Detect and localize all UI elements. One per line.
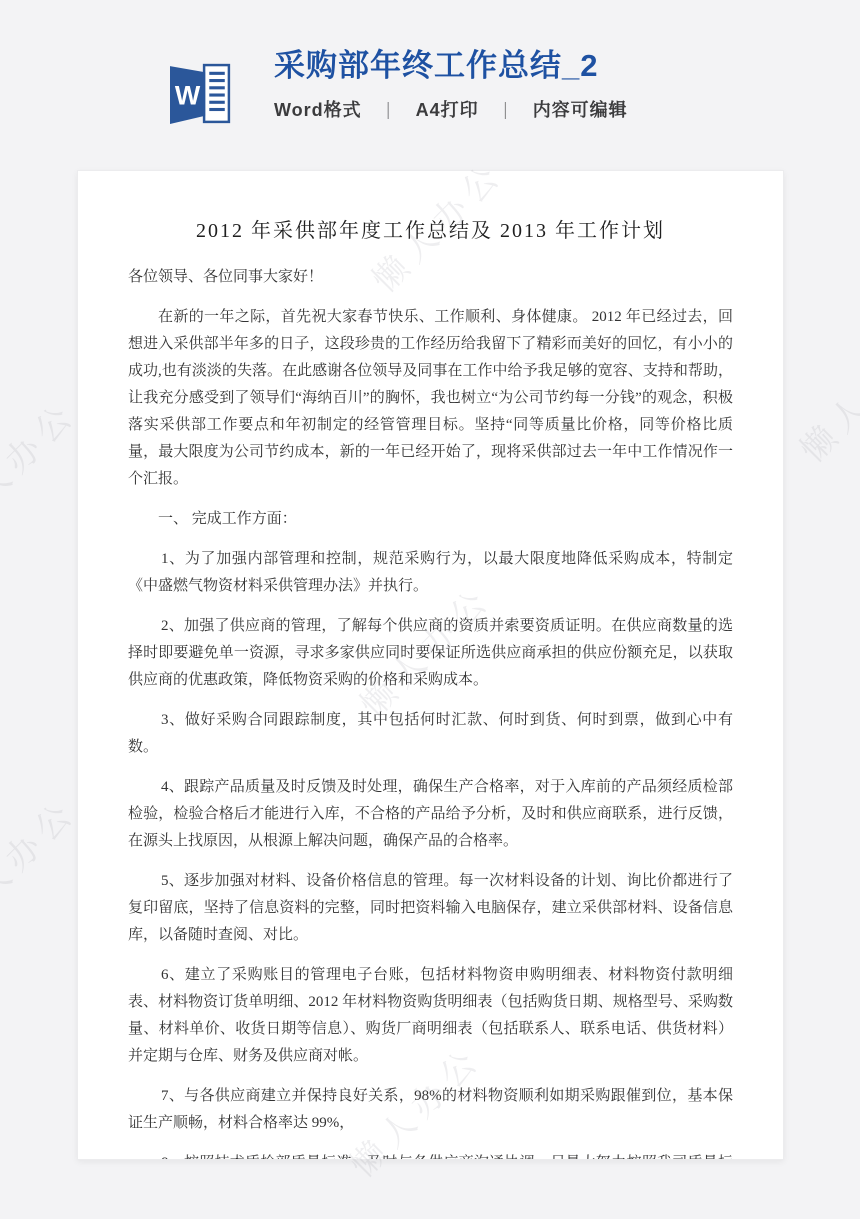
- badge-word-format: Word格式: [274, 96, 362, 122]
- word-file-icon: W: [170, 56, 232, 132]
- document-intro-paragraph: 在新的一年之际，首先祝大家春节快乐、工作顺利、身体健康。 2012 年已经过去，…: [128, 304, 733, 493]
- watermark-text: 懒人办公: [0, 786, 86, 939]
- document-item-6: 6、建立了采购账目的管理电子台账，包括材料物资申购明细表、材料物资付款明细表、材…: [128, 962, 733, 1070]
- badge-editable: 内容可编辑: [533, 96, 628, 122]
- badge-a4-print: A4打印: [416, 96, 479, 122]
- document-item-7: 7、与各供应商建立并保持良好关系，98%的材料物资顺利如期采购跟催到位，基本保证…: [128, 1083, 733, 1137]
- document-item-1: 1、为了加强内部管理和控制，规范采购行为，以最大限度地降低采购成本，特制定《中盛…: [128, 546, 733, 600]
- watermark-text: 懒人办公: [787, 318, 860, 471]
- badge-separator: ｜: [380, 97, 398, 122]
- file-title: 采购部年终工作总结_2: [274, 48, 628, 84]
- document-item-5: 5、逐步加强对材料、设备价格信息的管理。每一次材料设备的计划、询比价都进行了复印…: [128, 868, 733, 949]
- document-preview-page: 2012 年采供部年度工作总结及 2013 年工作计划 各位领导、各位同事大家好…: [77, 170, 784, 1160]
- document-item-3: 3、做好采购合同跟踪制度，其中包括何时汇款、何时到货、何时到票，做到心中有数。: [128, 707, 733, 761]
- file-badges: Word格式 ｜ A4打印 ｜ 内容可编辑: [274, 96, 628, 122]
- document-item-4: 4、跟踪产品质量及时反馈及时处理，确保生产合格率，对于入库前的产品须经质检部检验…: [128, 774, 733, 855]
- document-item-2: 2、加强了供应商的管理，了解每个供应商的资质并索要资质证明。在供应商数量的选择时…: [128, 613, 733, 694]
- watermark-text: 懒人办公: [0, 388, 86, 541]
- word-icon-letter: W: [175, 80, 201, 110]
- document-title: 2012 年采供部年度工作总结及 2013 年工作计划: [128, 216, 733, 246]
- screenshot-canvas: W 采购部年终工作总结_2 Word格式 ｜ A4打印 ｜ 内容可编辑 2012…: [0, 0, 860, 1219]
- header-text-block: 采购部年终工作总结_2 Word格式 ｜ A4打印 ｜ 内容可编辑: [274, 48, 628, 122]
- download-header: W 采购部年终工作总结_2 Word格式 ｜ A4打印 ｜ 内容可编辑: [170, 48, 628, 132]
- document-item-8: 8、按照技术质检部质量标准，及时与各供应商沟通协调，尽最大努力按照我司质量标准供…: [128, 1150, 733, 1160]
- document-section-heading: 一、 完成工作方面：: [128, 506, 733, 533]
- word-icon-graphic: W: [170, 56, 232, 132]
- document-greeting: 各位领导、各位同事大家好！: [128, 264, 733, 291]
- badge-separator: ｜: [497, 97, 515, 122]
